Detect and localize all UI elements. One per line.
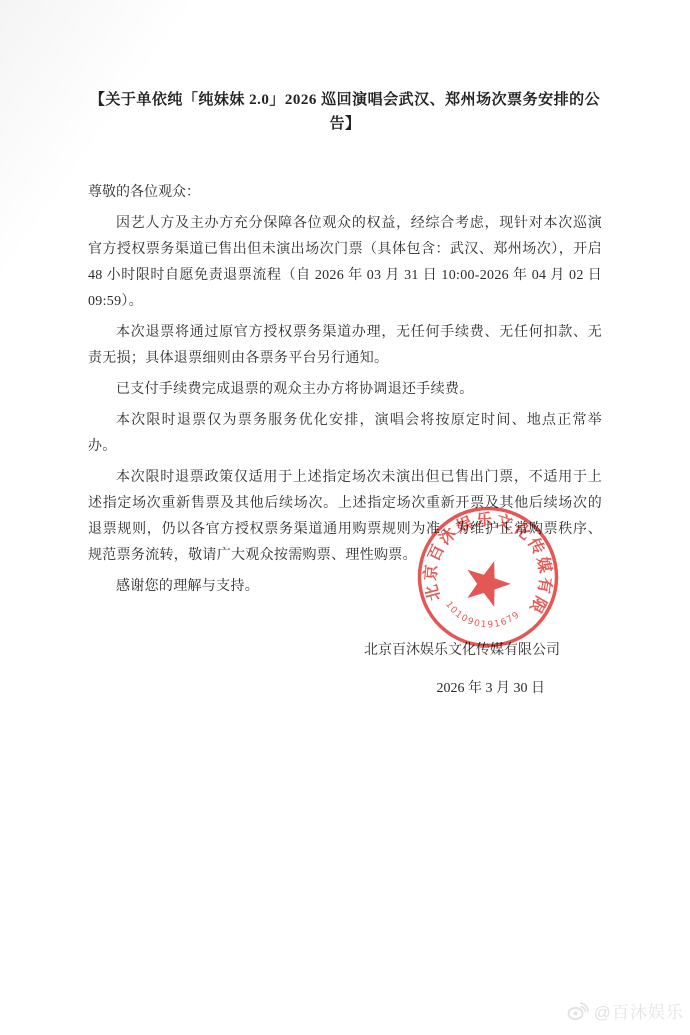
announcement-page: 【关于单依纯「纯妹妹 2.0」2026 巡回演唱会武汉、郑州场次票务安排的公告】… xyxy=(0,0,690,1035)
weibo-icon xyxy=(566,1001,590,1021)
seal-serial-number: 101090191679 xyxy=(440,597,523,637)
watermark-label: @百沐娱乐 xyxy=(594,998,684,1023)
signature-date: 2026 年 3 月 30 日 xyxy=(88,676,602,702)
star-icon xyxy=(459,554,516,609)
paragraph: 因艺人方及主办方充分保障各位观众的权益，经综合考虑，现针对本次巡演官方授权票务渠… xyxy=(88,211,602,315)
paragraph: 本次限时退票仅为票务服务优化安排，演唱会将按原定时间、地点正常举办。 xyxy=(88,408,602,460)
company-seal-stamp: 北京百沐娱乐文化传媒有限公司 101090191679 xyxy=(413,502,563,652)
seal-ring-text: 北京百沐娱乐文化传媒有限公司 xyxy=(415,502,563,624)
weibo-watermark: @百沐娱乐 xyxy=(566,998,684,1023)
paragraph: 已支付手续费完成退票的观众主办方将协调退还手续费。 xyxy=(88,377,602,403)
page-title: 【关于单依纯「纯妹妹 2.0」2026 巡回演唱会武汉、郑州场次票务安排的公告】 xyxy=(88,88,602,136)
salutation: 尊敬的各位观众： xyxy=(88,180,602,206)
paragraph: 本次退票将通过原官方授权票务渠道办理，无任何手续费、无任何扣款、无责无损；具体退… xyxy=(88,320,602,372)
